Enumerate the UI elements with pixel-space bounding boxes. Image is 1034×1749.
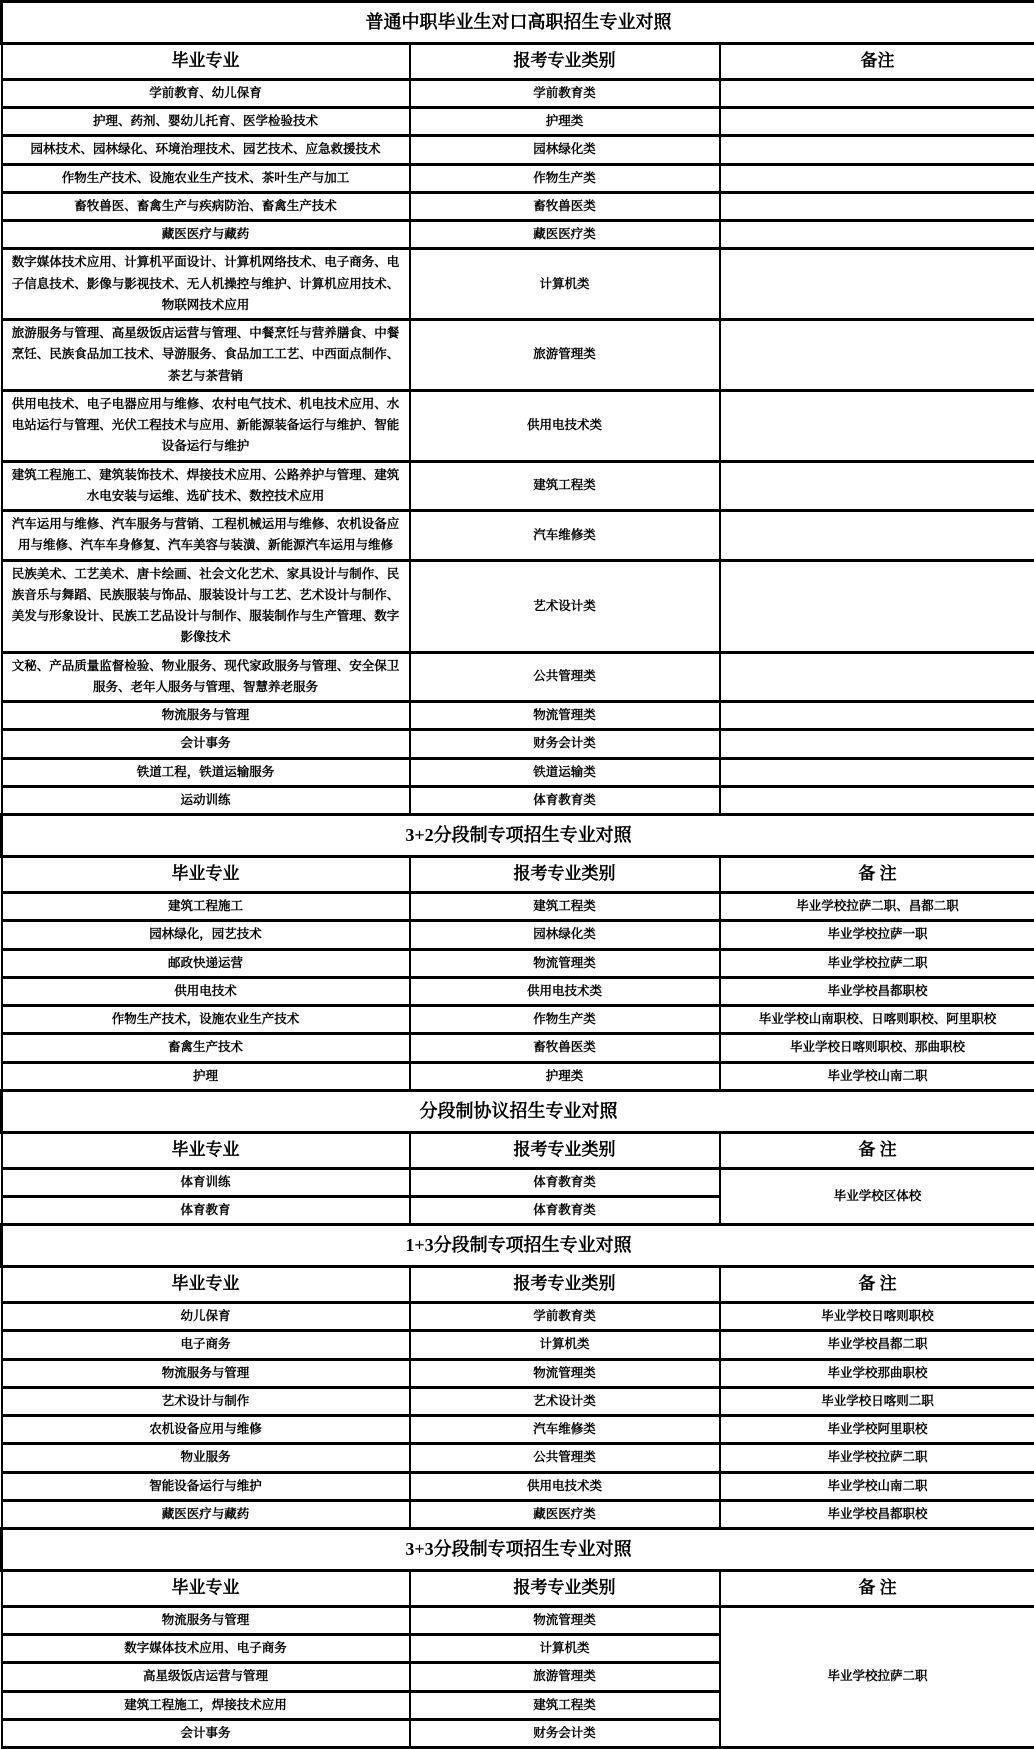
cell-note: 毕业学校昌都职校 [720, 977, 1034, 1005]
table-row: 电子商务计算机类毕业学校昌都二职 [2, 1331, 1034, 1359]
table-row: 物流服务与管理物流管理类毕业学校那曲职校 [2, 1359, 1034, 1387]
cell-category: 作物生产类 [410, 1006, 720, 1034]
table-row: 建筑工程施工建筑工程类毕业学校拉萨二职、昌都二职 [2, 893, 1034, 921]
cell-note [720, 108, 1034, 136]
column-header-note: 备 注 [720, 857, 1034, 893]
cell-major: 汽车运用与维修、汽车服务与营销、工程机械运用与维修、农机设备应用与维修、汽车车身… [2, 511, 410, 561]
cell-note [720, 652, 1034, 702]
cell-note-merged: 毕业学校拉萨二职 [720, 1606, 1034, 1747]
cell-category: 体育教育类 [410, 786, 720, 814]
cell-major: 建筑工程施工，焊接技术应用 [2, 1691, 410, 1719]
table-row: 藏医医疗与藏药藏医医疗类 [2, 221, 1034, 249]
cell-major: 电子商务 [2, 1331, 410, 1359]
table-row: 护理护理类毕业学校山南二职 [2, 1062, 1034, 1090]
cell-major: 旅游服务与管理、高星级饭店运营与管理、中餐烹饪与营养膳食、中餐烹饪、民族食品加工… [2, 320, 410, 391]
cell-note: 毕业学校拉萨二职 [720, 949, 1034, 977]
section-title: 3+3分段制专项招生专业对照 [2, 1529, 1034, 1571]
cell-major: 畜禽生产技术 [2, 1034, 410, 1062]
cell-note [720, 730, 1034, 758]
cell-category: 体育教育类 [410, 1168, 720, 1196]
column-header-note: 备注 [720, 44, 1034, 80]
table-row: 园林绿化，园艺技术园林绿化类毕业学校拉萨一职 [2, 921, 1034, 949]
cell-major: 幼儿保育 [2, 1303, 410, 1331]
cell-major: 护理、药剂、婴幼儿托育、医学检验技术 [2, 108, 410, 136]
cell-category: 体育教育类 [410, 1196, 720, 1224]
cell-category: 物流管理类 [410, 949, 720, 977]
cell-category: 物流管理类 [410, 1359, 720, 1387]
table-row: 运动训练体育教育类 [2, 786, 1034, 814]
cell-note [720, 136, 1034, 164]
cell-note [720, 786, 1034, 814]
table-row: 物流服务与管理 物流管理类 毕业学校拉萨二职 [2, 1606, 1034, 1634]
cell-major: 农机设备应用与维修 [2, 1416, 410, 1444]
table-row: 学前教育、幼儿保育学前教育类 [2, 79, 1034, 107]
header-row: 毕业专业 报考专业类别 备 注 [2, 1267, 1034, 1303]
column-header-category: 报考专业类别 [410, 1571, 720, 1607]
cell-category: 财务会计类 [410, 1719, 720, 1747]
column-header-note: 备 注 [720, 1571, 1034, 1607]
table-row: 文秘、产品质量监督检验、物业服务、现代家政服务与管理、安全保卫服务、老年人服务与… [2, 652, 1034, 702]
cell-major: 体育训练 [2, 1168, 410, 1196]
cell-major: 高星级饭店运营与管理 [2, 1663, 410, 1691]
cell-note: 毕业学校日喀则职校 [720, 1303, 1034, 1331]
cell-category: 作物生产类 [410, 164, 720, 192]
cell-note [720, 702, 1034, 730]
column-header-category: 报考专业类别 [410, 1267, 720, 1303]
vocational-enrollment-document: 普通中职毕业生对口高职招生专业对照 毕业专业 报考专业类别 备注 学前教育、幼儿… [0, 0, 1034, 1749]
table-row: 畜牧兽医、畜禽生产与疾病防治、畜禽生产技术畜牧兽医类 [2, 192, 1034, 220]
header-row: 毕业专业 报考专业类别 备注 [2, 44, 1034, 80]
cell-category: 学前教育类 [410, 79, 720, 107]
cell-note [720, 560, 1034, 652]
cell-category: 园林绿化类 [410, 136, 720, 164]
cell-major: 建筑工程施工、建筑装饰技术、焊接技术应用、公路养护与管理、建筑水电安装与运维、选… [2, 461, 410, 511]
table-row: 旅游服务与管理、高星级饭店运营与管理、中餐烹饪与营养膳食、中餐烹饪、民族食品加工… [2, 320, 1034, 391]
section-title: 3+2分段制专项招生专业对照 [2, 815, 1034, 857]
cell-major: 数字媒体技术应用、电子商务 [2, 1635, 410, 1663]
cell-major: 供用电技术、电子电器应用与维修、农村电气技术、机电技术应用、水电站运行与管理、光… [2, 390, 410, 461]
cell-major: 物流服务与管理 [2, 702, 410, 730]
cell-note [720, 511, 1034, 561]
cell-category: 藏医医疗类 [410, 1500, 720, 1528]
table-row: 藏医医疗与藏药藏医医疗类毕业学校昌都职校 [2, 1500, 1034, 1528]
table-row: 物流服务与管理物流管理类 [2, 702, 1034, 730]
cell-category: 汽车维修类 [410, 511, 720, 561]
cell-note: 毕业学校山南二职 [720, 1472, 1034, 1500]
cell-note: 毕业学校昌都二职 [720, 1331, 1034, 1359]
cell-category: 旅游管理类 [410, 1663, 720, 1691]
cell-category: 藏医医疗类 [410, 221, 720, 249]
cell-category: 旅游管理类 [410, 320, 720, 391]
cell-note [720, 461, 1034, 511]
cell-note [720, 249, 1034, 320]
cell-category: 艺术设计类 [410, 560, 720, 652]
column-header-major: 毕业专业 [2, 1132, 410, 1168]
table-row: 智能设备运行与维护供用电技术类毕业学校山南二职 [2, 1472, 1034, 1500]
cell-category: 铁道运输类 [410, 758, 720, 786]
cell-major: 智能设备运行与维护 [2, 1472, 410, 1500]
cell-note [720, 79, 1034, 107]
cell-major: 体育教育 [2, 1196, 410, 1224]
cell-major: 艺术设计与制作 [2, 1387, 410, 1415]
table-row: 物业服务公共管理类毕业学校拉萨二职 [2, 1444, 1034, 1472]
cell-note: 毕业学校日喀则二职 [720, 1387, 1034, 1415]
cell-category: 畜牧兽医类 [410, 1034, 720, 1062]
section-title-row: 3+3分段制专项招生专业对照 [2, 1529, 1034, 1571]
header-row: 毕业专业 报考专业类别 备 注 [2, 857, 1034, 893]
section-title: 1+3分段制专项招生专业对照 [2, 1225, 1034, 1267]
cell-major: 藏医医疗与藏药 [2, 1500, 410, 1528]
table-row: 数字媒体技术应用、计算机平面设计、计算机网络技术、电子商务、电子信息技术、影像与… [2, 249, 1034, 320]
cell-major: 建筑工程施工 [2, 893, 410, 921]
table-row: 铁道工程，铁道运输服务铁道运输类 [2, 758, 1034, 786]
cell-major: 学前教育、幼儿保育 [2, 79, 410, 107]
cell-note: 毕业学校拉萨一职 [720, 921, 1034, 949]
cell-major: 物流服务与管理 [2, 1359, 410, 1387]
cell-major: 邮政快递运营 [2, 949, 410, 977]
cell-major: 藏医医疗与藏药 [2, 221, 410, 249]
cell-category: 建筑工程类 [410, 461, 720, 511]
cell-major: 作物生产技术，设施农业生产技术 [2, 1006, 410, 1034]
table-row: 作物生产技术，设施农业生产技术作物生产类毕业学校山南职校、日喀则职校、阿里职校 [2, 1006, 1034, 1034]
table-row: 艺术设计与制作艺术设计类毕业学校日喀则二职 [2, 1387, 1034, 1415]
cell-major: 护理 [2, 1062, 410, 1090]
section-title-row: 普通中职毕业生对口高职招生专业对照 [2, 2, 1034, 44]
table-row: 体育训练 体育教育类 毕业学校区体校 [2, 1168, 1034, 1196]
table-row: 作物生产技术、设施农业生产技术、茶叶生产与加工作物生产类 [2, 164, 1034, 192]
column-header-category: 报考专业类别 [410, 44, 720, 80]
cell-category: 畜牧兽医类 [410, 192, 720, 220]
cell-major: 物流服务与管理 [2, 1606, 410, 1634]
cell-note [720, 320, 1034, 391]
table-row: 会计事务财务会计类 [2, 730, 1034, 758]
table-row: 供用电技术供用电技术类毕业学校昌都职校 [2, 977, 1034, 1005]
cell-major: 畜牧兽医、畜禽生产与疾病防治、畜禽生产技术 [2, 192, 410, 220]
cell-category: 物流管理类 [410, 1606, 720, 1634]
column-header-major: 毕业专业 [2, 44, 410, 80]
cell-major: 供用电技术 [2, 977, 410, 1005]
column-header-note: 备 注 [720, 1267, 1034, 1303]
table-row: 建筑工程施工、建筑装饰技术、焊接技术应用、公路养护与管理、建筑水电安装与运维、选… [2, 461, 1034, 511]
table-row: 农机设备应用与维修汽车维修类毕业学校阿里职校 [2, 1416, 1034, 1444]
cell-note [720, 164, 1034, 192]
cell-category: 计算机类 [410, 1635, 720, 1663]
cell-category: 计算机类 [410, 249, 720, 320]
cell-category: 供用电技术类 [410, 390, 720, 461]
cell-major: 铁道工程，铁道运输服务 [2, 758, 410, 786]
cell-note: 毕业学校那曲职校 [720, 1359, 1034, 1387]
cell-category: 公共管理类 [410, 1444, 720, 1472]
table-row: 汽车运用与维修、汽车服务与营销、工程机械运用与维修、农机设备应用与维修、汽车车身… [2, 511, 1034, 561]
cell-note: 毕业学校阿里职校 [720, 1416, 1034, 1444]
cell-major: 物业服务 [2, 1444, 410, 1472]
column-header-major: 毕业专业 [2, 1267, 410, 1303]
cell-note: 毕业学校山南二职 [720, 1062, 1034, 1090]
cell-category: 建筑工程类 [410, 893, 720, 921]
table-row: 园林技术、园林绿化、环境治理技术、园艺技术、应急救援技术园林绿化类 [2, 136, 1034, 164]
section-title-row: 分段制协议招生专业对照 [2, 1090, 1034, 1132]
cell-major: 数字媒体技术应用、计算机平面设计、计算机网络技术、电子商务、电子信息技术、影像与… [2, 249, 410, 320]
column-header-note: 备 注 [720, 1132, 1034, 1168]
cell-category: 建筑工程类 [410, 1691, 720, 1719]
table-row: 幼儿保育学前教育类毕业学校日喀则职校 [2, 1303, 1034, 1331]
cell-category: 供用电技术类 [410, 1472, 720, 1500]
table-row: 邮政快递运营物流管理类毕业学校拉萨二职 [2, 949, 1034, 977]
table-row: 供用电技术、电子电器应用与维修、农村电气技术、机电技术应用、水电站运行与管理、光… [2, 390, 1034, 461]
cell-note: 毕业学校昌都职校 [720, 1500, 1034, 1528]
cell-category: 艺术设计类 [410, 1387, 720, 1415]
cell-major: 园林技术、园林绿化、环境治理技术、园艺技术、应急救援技术 [2, 136, 410, 164]
cell-note-merged: 毕业学校区体校 [720, 1168, 1034, 1225]
cell-major: 民族美术、工艺美术、唐卡绘画、社会文化艺术、家具设计与制作、民族音乐与舞蹈、民族… [2, 560, 410, 652]
cell-note: 毕业学校拉萨二职 [720, 1444, 1034, 1472]
cell-category: 物流管理类 [410, 702, 720, 730]
cell-category: 学前教育类 [410, 1303, 720, 1331]
section-title: 分段制协议招生专业对照 [2, 1090, 1034, 1132]
cell-category: 公共管理类 [410, 652, 720, 702]
cell-major: 运动训练 [2, 786, 410, 814]
section-title: 普通中职毕业生对口高职招生专业对照 [2, 2, 1034, 44]
header-row: 毕业专业 报考专业类别 备 注 [2, 1571, 1034, 1607]
section-title-row: 3+2分段制专项招生专业对照 [2, 815, 1034, 857]
cell-category: 护理类 [410, 1062, 720, 1090]
column-header-category: 报考专业类别 [410, 857, 720, 893]
cell-note [720, 758, 1034, 786]
cell-category: 计算机类 [410, 1331, 720, 1359]
cell-major: 会计事务 [2, 730, 410, 758]
cell-major: 作物生产技术、设施农业生产技术、茶叶生产与加工 [2, 164, 410, 192]
cell-category: 供用电技术类 [410, 977, 720, 1005]
cell-note: 毕业学校山南职校、日喀则职校、阿里职校 [720, 1006, 1034, 1034]
header-row: 毕业专业 报考专业类别 备 注 [2, 1132, 1034, 1168]
cell-category: 园林绿化类 [410, 921, 720, 949]
cell-category: 财务会计类 [410, 730, 720, 758]
cell-note [720, 390, 1034, 461]
enrollment-comparison-table: 普通中职毕业生对口高职招生专业对照 毕业专业 报考专业类别 备注 学前教育、幼儿… [0, 0, 1034, 1749]
section-title-row: 1+3分段制专项招生专业对照 [2, 1225, 1034, 1267]
cell-category: 汽车维修类 [410, 1416, 720, 1444]
cell-major: 会计事务 [2, 1719, 410, 1747]
table-row: 畜禽生产技术畜牧兽医类毕业学校日喀则职校、那曲职校 [2, 1034, 1034, 1062]
table-row: 护理、药剂、婴幼儿托育、医学检验技术护理类 [2, 108, 1034, 136]
cell-note [720, 221, 1034, 249]
table-row: 民族美术、工艺美术、唐卡绘画、社会文化艺术、家具设计与制作、民族音乐与舞蹈、民族… [2, 560, 1034, 652]
cell-major: 园林绿化，园艺技术 [2, 921, 410, 949]
cell-note [720, 192, 1034, 220]
column-header-major: 毕业专业 [2, 857, 410, 893]
column-header-category: 报考专业类别 [410, 1132, 720, 1168]
cell-note: 毕业学校日喀则职校、那曲职校 [720, 1034, 1034, 1062]
column-header-major: 毕业专业 [2, 1571, 410, 1607]
cell-major: 文秘、产品质量监督检验、物业服务、现代家政服务与管理、安全保卫服务、老年人服务与… [2, 652, 410, 702]
cell-note: 毕业学校拉萨二职、昌都二职 [720, 893, 1034, 921]
cell-category: 护理类 [410, 108, 720, 136]
